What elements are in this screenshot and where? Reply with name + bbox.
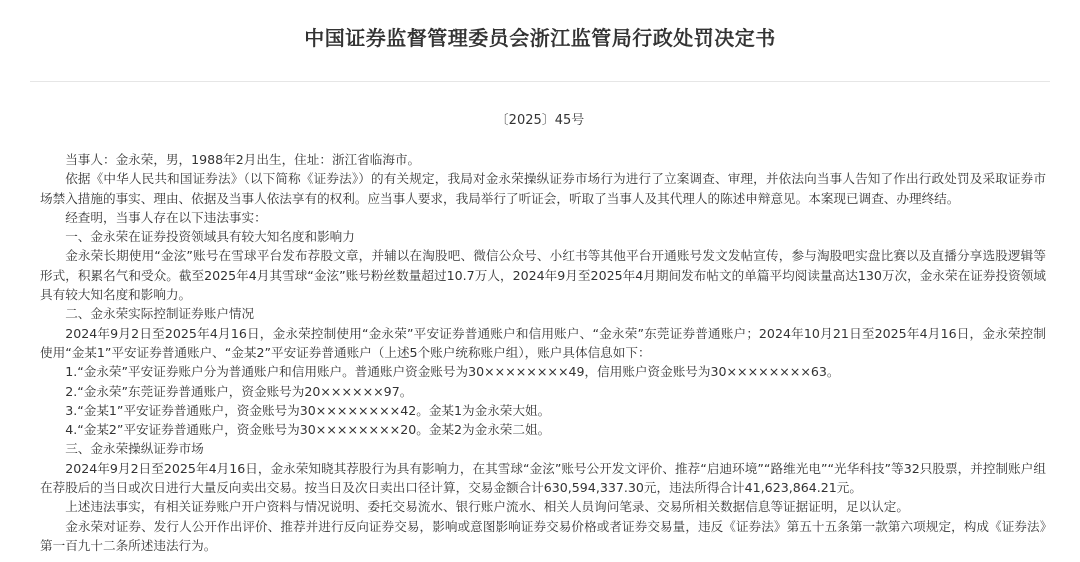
findings-intro: 经查明，当事人存在以下违法事实：: [40, 208, 1046, 227]
section-heading-1: 一、金永荣在证券投资领域具有较大知名度和影响力: [40, 227, 1046, 246]
section-heading-2: 二、金永荣实际控制证券账户情况: [40, 304, 1046, 323]
evidence-paragraph: 上述违法事实，有相关证券账户开户资料与情况说明、委托交易流水、银行账户流水、相关…: [40, 497, 1046, 516]
violation-conclusion-paragraph: 金永荣对证券、发行人公开作出评价、推荐并进行反向证券交易，影响或意图影响证券交易…: [40, 517, 1046, 556]
section-3-paragraph: 2024年9月2日至2025年4月16日，金永荣知晓其荐股行为具有影响力，在其雪…: [40, 459, 1046, 498]
section-2-paragraph: 2024年9月2日至2025年4月16日，金永荣控制使用“金永荣”平安证券普通账…: [40, 324, 1046, 363]
title-divider: [30, 81, 1050, 82]
account-list-item: 4.“金某2”平安证券普通账户，资金账号为30××××××××20。金某2为金永…: [40, 420, 1046, 439]
legal-basis-paragraph: 依据《中华人民共和国证券法》（以下简称《证券法》）的有关规定，我局对金永荣操纵证…: [40, 169, 1046, 208]
section-1-paragraph: 金永荣长期使用“金泫”账号在雪球平台发布荐股文章，并辅以在淘股吧、微信公众号、小…: [40, 246, 1046, 304]
account-list-item: 2.“金永荣”东莞证券普通账户，资金账号为20××××××97。: [40, 382, 1046, 401]
account-list-item: 3.“金某1”平安证券普通账户，资金账号为30××××××××42。金某1为金永…: [40, 401, 1046, 420]
document-body: 当事人：金永荣，男，1988年2月出生，住址：浙江省临海市。 依据《中华人民共和…: [40, 150, 1046, 555]
party-info: 当事人：金永荣，男，1988年2月出生，住址：浙江省临海市。: [40, 150, 1046, 169]
account-list-item: 1.“金永荣”平安证券账户分为普通账户和信用账户。普通账户资金账号为30××××…: [40, 362, 1046, 381]
document-title: 中国证券监督管理委员会浙江监管局行政处罚决定书: [0, 24, 1080, 52]
document-page: 中国证券监督管理委员会浙江监管局行政处罚决定书 〔2025〕45号 当事人：金永…: [0, 0, 1080, 562]
document-number: 〔2025〕45号: [0, 112, 1080, 130]
section-heading-3: 三、金永荣操纵证券市场: [40, 439, 1046, 458]
